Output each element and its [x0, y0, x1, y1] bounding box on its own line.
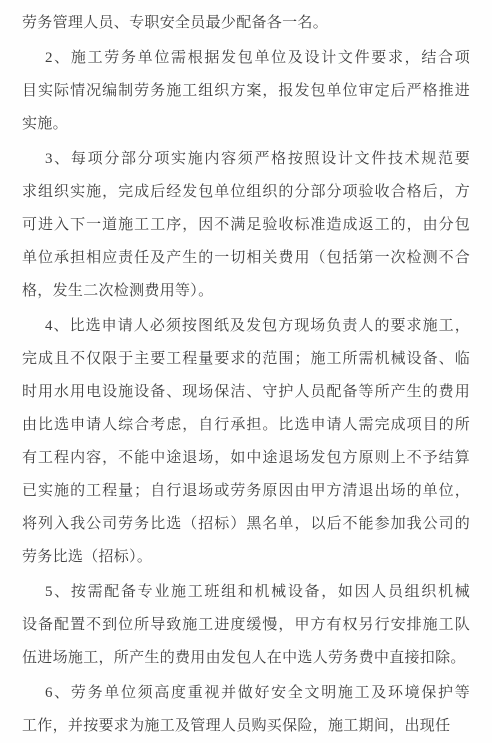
text-line: 将列入我公司劳务比选（招标）黑名单，以后不能参加我公司的 [22, 508, 470, 541]
text-line: 4、比选申请人必须按图纸及发包方现场负责人的要求施工， [22, 310, 470, 343]
text-line: 已实施的工程量；自行退场或劳务原因由甲方清退出场的单位， [22, 475, 470, 508]
text-line: 实施。 [22, 108, 470, 141]
text-line: 时用水用电设施设备、现场保洁、守护人员配备等所产生的费用 [22, 376, 470, 409]
paragraph: 5、按需配备专业施工班组和机械设备，如因人员组织机械设备配置不到位所导致施工进度… [22, 576, 470, 675]
paragraph: 6、劳务单位须高度重视并做好安全文明施工及环境保护等工作，并按要求为施工及管理人… [22, 677, 470, 743]
text-line: 工作，并按要求为施工及管理人员购买保险，施工期间，出现任 [22, 710, 470, 743]
text-line: 2、施工劳务单位需根据发包单位及设计文件要求，结合项 [22, 42, 470, 75]
text-line: 劳务比选（招标）。 [22, 541, 470, 574]
text-line: 格，发生二次检测费用等）。 [22, 275, 470, 308]
text-line: 目实际情况编制劳务施工组织方案，报发包单位审定后严格推进 [22, 75, 470, 108]
paragraph: 2、施工劳务单位需根据发包单位及设计文件要求，结合项目实际情况编制劳务施工组织方… [22, 42, 470, 141]
paragraph: 3、每项分部分项实施内容须严格按照设计文件技术规范要求组织实施，完成后经发包单位… [22, 143, 470, 308]
text-line: 3、每项分部分项实施内容须严格按照设计文件技术规范要 [22, 143, 470, 176]
text-line: 伍进场施工，所产生的费用由发包人在中选人劳务费中直接扣除。 [22, 642, 470, 675]
paragraph: 劳务管理人员、专职安全员最少配备各一名。 [22, 7, 470, 40]
text-line: 5、按需配备专业施工班组和机械设备，如因人员组织机械 [22, 576, 470, 609]
text-line: 设备配置不到位所导致施工进度缓慢，甲方有权另行安排施工队 [22, 609, 470, 642]
text-line: 完成且不仅限于主要工程量要求的范围；施工所需机械设备、临 [22, 343, 470, 376]
document-page: 劳务管理人员、专职安全员最少配备各一名。2、施工劳务单位需根据发包单位及设计文件… [0, 0, 492, 743]
text-line: 由比选申请人综合考虑，自行承担。比选申请人需完成项目的所 [22, 409, 470, 442]
document-body: 劳务管理人员、专职安全员最少配备各一名。2、施工劳务单位需根据发包单位及设计文件… [22, 7, 470, 743]
text-line: 6、劳务单位须高度重视并做好安全文明施工及环境保护等 [22, 677, 470, 710]
paragraph: 4、比选申请人必须按图纸及发包方现场负责人的要求施工，完成且不仅限于主要工程量要… [22, 310, 470, 574]
text-line: 有工程内容，不能中途退场，如中途退场发包方原则上不予结算 [22, 442, 470, 475]
text-line: 可进入下一道施工工序，因不满足验收标准造成返工的，由分包 [22, 209, 470, 242]
text-line: 劳务管理人员、专职安全员最少配备各一名。 [22, 7, 470, 40]
text-line: 求组织实施，完成后经发包单位组织的分部分项验收合格后，方 [22, 176, 470, 209]
text-line: 单位承担相应责任及产生的一切相关费用（包括第一次检测不合 [22, 242, 470, 275]
